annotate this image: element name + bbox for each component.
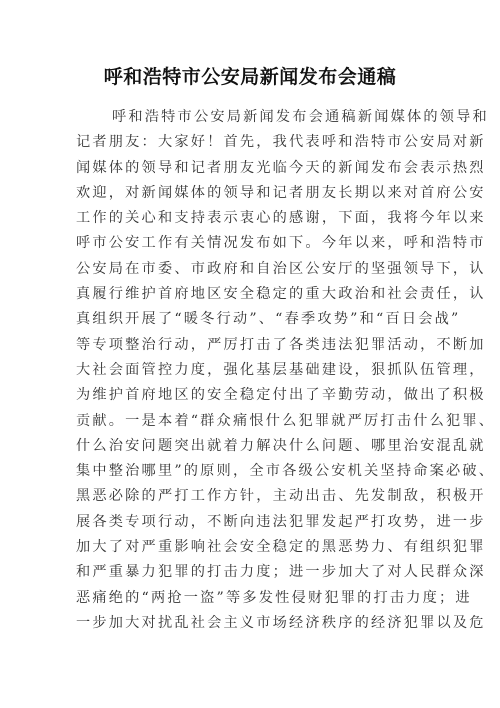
- body-line: 恶痛绝的“两抢一盗”等多发性侵财犯罪的打击力度；进: [76, 586, 426, 611]
- body-line: 黑恶必除的严打工作方针，主动出击、先发制敌，积极开: [76, 484, 426, 509]
- body-line: 展各类专项行动，不断向违法犯罪发起严打攻势，进一步: [76, 510, 426, 535]
- body-line: 和严重暴力犯罪的打击力度；进一步加大了对人民群众深: [76, 560, 426, 585]
- body-line: 什么治安问题突出就着力解决什么问题、哪里治安混乱就: [76, 434, 426, 459]
- body-line: 记者朋友：大家好！首先，我代表呼和浩特市公安局对新: [76, 130, 426, 155]
- body-line: 真组织开展了“暖冬行动”、“春季攻势”和“百日会战”: [76, 307, 426, 332]
- body-line: 等专项整治行动，严厉打击了各类违法犯罪活动，不断加: [76, 333, 426, 358]
- body-line: 闻媒体的领导和记者朋友光临今天的新闻发布会表示热烈: [76, 156, 426, 181]
- body-line: 呼和浩特市公安局新闻发布会通稿新闻媒体的领导和: [76, 105, 426, 130]
- body-line: 贡献。一是本着“群众痛恨什么犯罪就严厉打击什么犯罪、: [76, 409, 426, 434]
- document-title: 呼和浩特市公安局新闻发布会通稿: [0, 62, 500, 89]
- body-line: 加大了对严重影响社会安全稳定的黑恶势力、有组织犯罪: [76, 535, 426, 560]
- body-line: 公安局在市委、市政府和自治区公安厅的坚强领导下，认: [76, 257, 426, 282]
- document-body: 呼和浩特市公安局新闻发布会通稿新闻媒体的领导和 记者朋友：大家好！首先，我代表呼…: [76, 105, 426, 636]
- body-line: 真履行维护首府地区安全稳定的重大政治和社会责任，认: [76, 282, 426, 307]
- body-line: 一步加大对扰乱社会主义市场经济秩序的经济犯罪以及危: [76, 611, 426, 636]
- body-line: 为维护首府地区的安全稳定付出了辛勤劳动，做出了积极: [76, 383, 426, 408]
- body-line: 集中整治哪里”的原则，全市各级公安机关坚持命案必破、: [76, 459, 426, 484]
- document-page: 呼和浩特市公安局新闻发布会通稿 呼和浩特市公安局新闻发布会通稿新闻媒体的领导和 …: [0, 0, 500, 708]
- body-line: 呼市公安工作有关情况发布如下。今年以来，呼和浩特市: [76, 231, 426, 256]
- body-line: 大社会面管控力度，强化基层基础建设，狠抓队伍管理，: [76, 358, 426, 383]
- body-line: 欢迎，对新闻媒体的领导和记者朋友长期以来对首府公安: [76, 181, 426, 206]
- body-line: 工作的关心和支持表示衷心的感谢，下面，我将今年以来: [76, 206, 426, 231]
